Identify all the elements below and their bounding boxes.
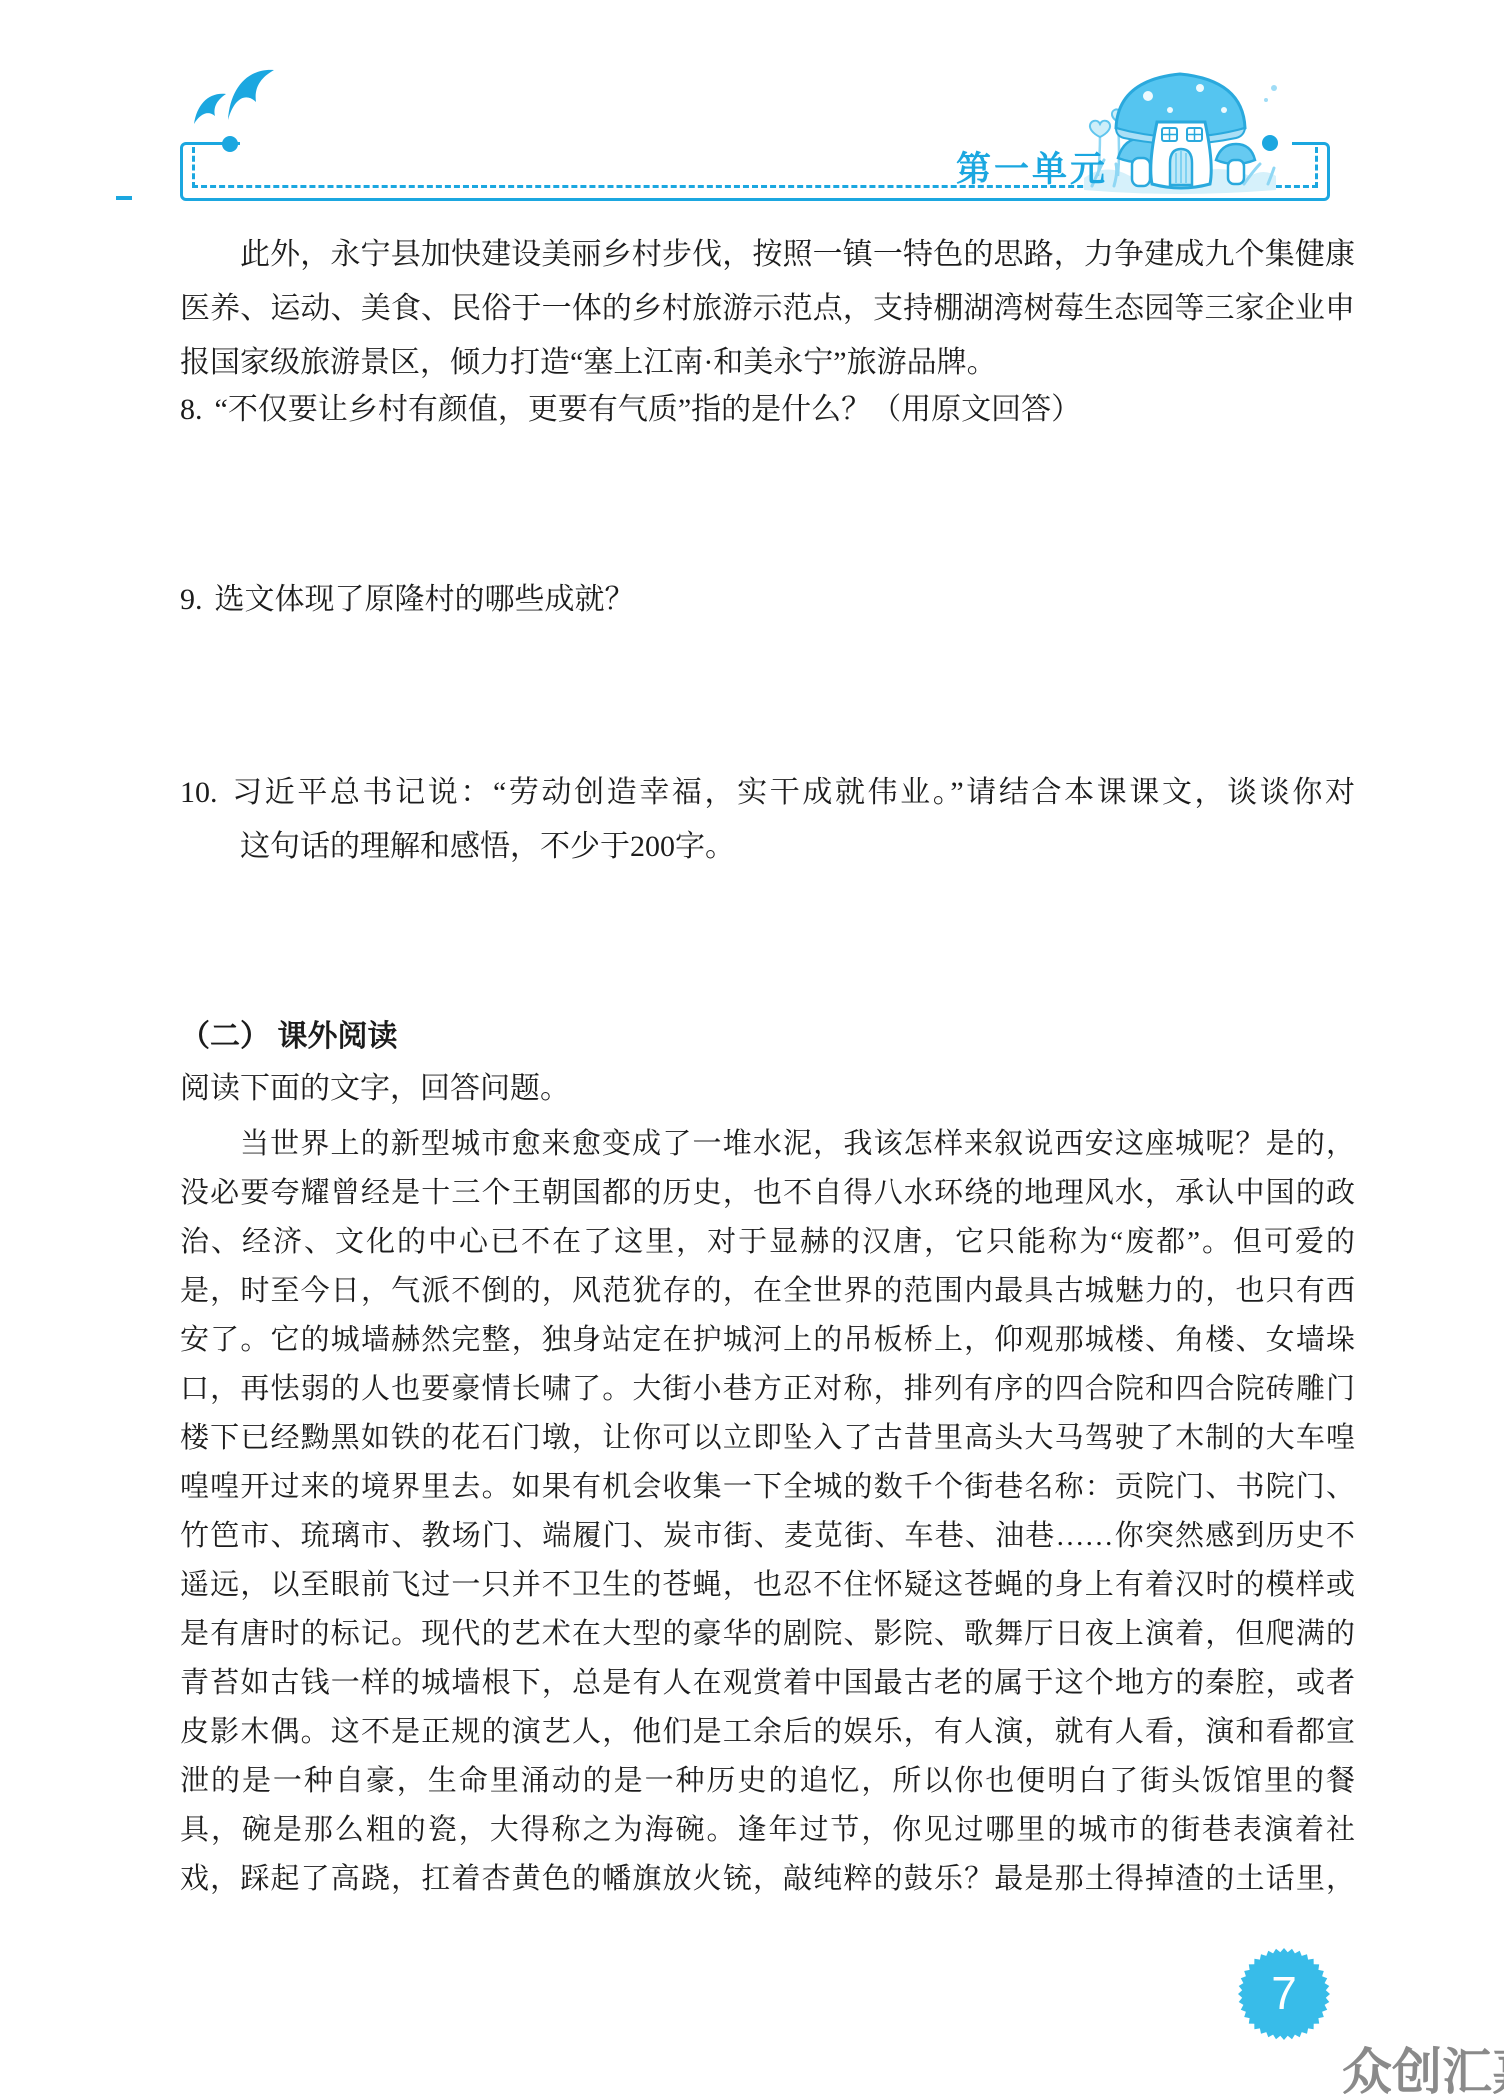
passage-line: 是有唐时的标记。现代的艺术在大型的豪华的剧院、影院、歌舞厅日夜上演着，但爬满的 bbox=[180, 1610, 1355, 1659]
question-10-text-line1: 习近平总书记说：“劳动创造幸福，实干成就伟业。”请结合本课课文，谈谈你对 bbox=[230, 776, 1356, 809]
workbook-page: 第一单元 此外，永宁县加快建设美丽乡村步伐，按照一镇一特色的思路，力争建成九个集… bbox=[0, 0, 1504, 2094]
passage-line: 喤喤开过来的境界里去。如果有机会收集一下全城的数千个街巷名称：贡院门、书院门、 bbox=[180, 1463, 1355, 1512]
passage-line: 泄的是一种自豪，生命里涌动的是一种历史的追忆，所以你也便明白了街头饭馆里的餐 bbox=[180, 1757, 1355, 1806]
section-intro: 阅读下面的文字，回答问题。 bbox=[180, 1062, 1355, 1116]
question-9-number: 9. bbox=[180, 583, 203, 616]
passage-line: 口，再怯弱的人也要豪情长啸了。大街小巷方正对称，排列有序的四合院和四合院砖雕门 bbox=[180, 1365, 1355, 1414]
question-8-text: “不仅要让乡村有颜值，更要有气质”指的是什么？（用原文回答） bbox=[215, 393, 1082, 426]
passage-line: 竹笆市、琉璃市、教场门、端履门、炭市街、麦苋街、车巷、油巷……你突然感到历史不 bbox=[180, 1512, 1355, 1561]
watermark: 众创汇嘉 bbox=[1342, 2046, 1504, 2094]
paragraph-line: 医养、运动、美食、民俗于一体的乡村旅游示范点，支持棚湖湾树莓生态园等三家企业申 bbox=[180, 282, 1355, 336]
seagull-small-icon bbox=[194, 94, 226, 124]
mushroom-house-icon bbox=[1078, 64, 1283, 203]
reading-passage-xian: 当世界上的新型城市愈来愈变成了一堆水泥，我该怎样来叙说西安这座城呢？是的，没必要… bbox=[180, 1120, 1355, 1904]
answer-space-q8 bbox=[180, 440, 1355, 590]
passage-line: 没必要夸耀曾经是十三个王朝国都的历史，也不自得八水环绕的地理风水，承认中国的政 bbox=[180, 1169, 1355, 1218]
passage-line: 遥远，以至眼前飞过一只并不卫生的苍蝇，也忍不住怀疑这苍蝇的身上有着汉时的模样或 bbox=[180, 1561, 1355, 1610]
paragraph-line: 此外，永宁县加快建设美丽乡村步伐，按照一镇一特色的思路，力争建成九个集健康 bbox=[180, 228, 1355, 282]
passage-line: 是，时至今日，气派不倒的，风范犹存的，在全世界的范围内最具古城魅力的，也只有西 bbox=[180, 1267, 1355, 1316]
page-number-badge: 7 bbox=[1236, 1946, 1332, 2042]
passage-line: 戏，踩起了高跷，扛着杏黄色的幡旗放火铳，敲纯粹的鼓乐？最是那土得掉渣的土话里， bbox=[180, 1855, 1355, 1904]
paragraph-line: 报国家级旅游景区，倾力打造“塞上江南·和美永宁”旅游品牌。 bbox=[180, 336, 1355, 390]
answer-space-q9 bbox=[180, 630, 1355, 780]
passage-line: 楼下已经黝黑如铁的花石门墩，让你可以立即坠入了古昔里高头大马驾驶了木制的大车喤 bbox=[180, 1414, 1355, 1463]
question-8: 8.“不仅要让乡村有颜值，更要有气质”指的是什么？（用原文回答） bbox=[180, 383, 1355, 437]
seagull-large-icon bbox=[228, 70, 274, 120]
question-9: 9.选文体现了原隆村的哪些成就？ bbox=[180, 573, 1355, 627]
paragraph-yongning: 此外，永宁县加快建设美丽乡村步伐，按照一镇一特色的思路，力争建成九个集健康医养、… bbox=[180, 228, 1355, 390]
passage-line: 皮影木偶。这不是正规的演艺人，他们是工余后的娱乐，有人演，就有人看，演和看都宣 bbox=[180, 1708, 1355, 1757]
unit-title: 第一单元 bbox=[956, 151, 1108, 189]
seagull-icons bbox=[182, 58, 332, 148]
passage-line: 青苔如古钱一样的城墙根下，总是有人在观赏着中国最古老的属于这个地方的秦腔，或者 bbox=[180, 1659, 1355, 1708]
passage-line: 治、经济、文化的中心已不在了这里，对于显赫的汉唐，它只能称为“废都”。但可爱的 bbox=[180, 1218, 1355, 1267]
passage-line: 安了。它的城墙赫然完整，独身站定在护城河上的吊板桥上，仰观那城楼、角楼、女墙垛 bbox=[180, 1316, 1355, 1365]
answer-space-q10 bbox=[180, 880, 1355, 1030]
question-10-number: 10. bbox=[180, 776, 218, 809]
page-number: 7 bbox=[1271, 1967, 1297, 2019]
header-dash-fragment bbox=[116, 196, 132, 200]
question-10: 10.习近平总书记说：“劳动创造幸福，实干成就伟业。”请结合本课课文，谈谈你对 … bbox=[180, 766, 1355, 874]
passage-line: 具，碗是那么粗的瓷，大得称之为海碗。逢年过节，你见过哪里的城市的街巷表演着社 bbox=[180, 1806, 1355, 1855]
passage-line: 当世界上的新型城市愈来愈变成了一堆水泥，我该怎样来叙说西安这座城呢？是的， bbox=[180, 1120, 1355, 1169]
question-10-text-line2: 这句话的理解和感悟，不少于200字。 bbox=[240, 820, 1355, 874]
question-8-number: 8. bbox=[180, 393, 203, 426]
section-heading: （二） 课外阅读 bbox=[180, 1010, 1355, 1064]
question-9-text: 选文体现了原隆村的哪些成就？ bbox=[215, 583, 635, 616]
